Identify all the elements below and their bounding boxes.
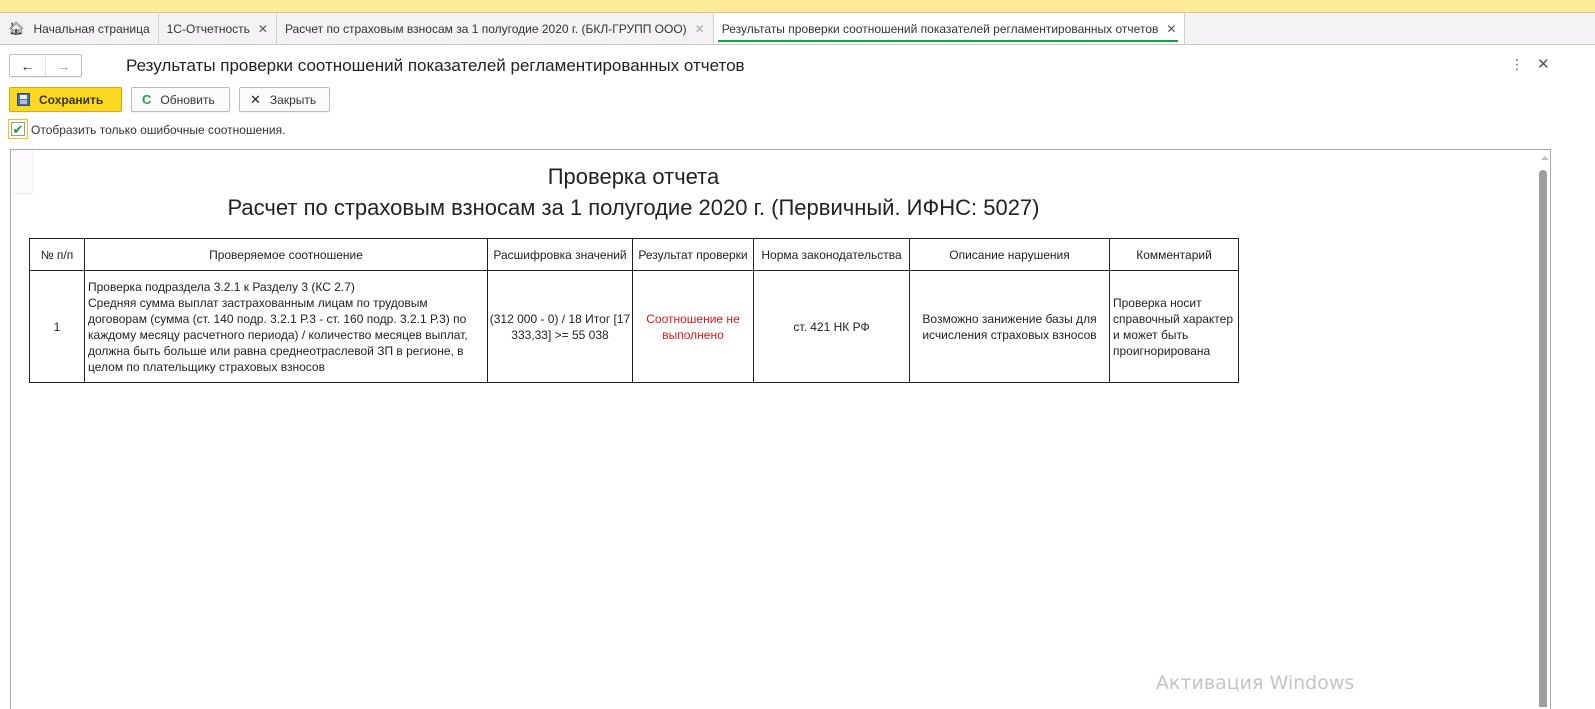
column-header-comment: Комментарий bbox=[1110, 239, 1239, 271]
tab-label: Начальная страница bbox=[34, 22, 150, 36]
tab-bar: 🏠︎ Начальная страница 1С-Отчетность ✕ Ра… bbox=[0, 13, 1595, 45]
row-relation: Проверка подраздела 3.2.1 к Разделу 3 (К… bbox=[85, 271, 488, 383]
row-law: ст. 421 НК РФ bbox=[754, 271, 910, 383]
relation-text: Средняя сумма выплат застрахованным лица… bbox=[88, 295, 484, 375]
column-header-violation: Описание нарушения bbox=[910, 239, 1110, 271]
close-label: Закрыть bbox=[270, 93, 316, 107]
close-button[interactable]: ✕ Закрыть bbox=[239, 87, 330, 112]
home-icon: 🏠︎ bbox=[8, 21, 25, 37]
tab-insurance-report[interactable]: Расчет по страховым взносам за 1 полугод… bbox=[277, 13, 714, 44]
tab-check-results[interactable]: Результаты проверки соотношений показате… bbox=[714, 13, 1186, 44]
column-header-law: Норма законодательства bbox=[754, 239, 910, 271]
refresh-icon: C bbox=[142, 92, 151, 107]
close-icon[interactable]: ✕ bbox=[258, 22, 268, 36]
column-header-number: № п/п bbox=[30, 239, 85, 271]
report-subtitle: Расчет по страховым взносам за 1 полугод… bbox=[11, 195, 1256, 221]
top-toolbar bbox=[0, 0, 1595, 13]
tab-home[interactable]: 🏠︎ Начальная страница bbox=[0, 13, 159, 44]
page-title: Результаты проверки соотношений показате… bbox=[126, 56, 745, 76]
close-icon[interactable]: ✕ bbox=[695, 22, 705, 36]
report-document: Проверка отчета Расчет по страховым взно… bbox=[10, 149, 1551, 707]
arrow-right-icon: → bbox=[57, 58, 71, 74]
results-table: № п/п Проверяемое соотношение Расшифровк… bbox=[29, 238, 1239, 383]
scroll-up-arrow-icon[interactable] bbox=[1541, 156, 1549, 160]
only-errors-label[interactable]: Отобразить только ошибочные соотношения. bbox=[31, 123, 285, 137]
scrollbar-thumb[interactable] bbox=[1539, 170, 1547, 707]
table-header-row: № п/п Проверяемое соотношение Расшифровк… bbox=[30, 239, 1239, 271]
more-options-icon[interactable]: ⋮ bbox=[1510, 56, 1524, 73]
row-comment: Проверка носит справочный характер и мож… bbox=[1110, 271, 1239, 383]
column-header-result: Результат проверки bbox=[633, 239, 754, 271]
row-result: Соотношение не выполнено bbox=[633, 271, 754, 383]
close-icon[interactable]: ✕ bbox=[1166, 22, 1176, 36]
save-label: Сохранить bbox=[39, 93, 103, 107]
only-errors-checkbox[interactable]: ✔ bbox=[8, 119, 28, 139]
refresh-button[interactable]: C Обновить bbox=[131, 87, 230, 112]
row-decoding: (312 000 - 0) / 18 Итог [17 333,33] >= 5… bbox=[488, 271, 633, 383]
table-row[interactable]: 1 Проверка подраздела 3.2.1 к Разделу 3 … bbox=[30, 271, 1239, 383]
report-title: Проверка отчета bbox=[11, 164, 1256, 190]
floppy-disk-icon bbox=[17, 93, 30, 106]
back-button[interactable]: ← bbox=[10, 55, 45, 76]
save-button[interactable]: Сохранить bbox=[9, 87, 122, 112]
tab-1c-reporting[interactable]: 1С-Отчетность ✕ bbox=[159, 13, 277, 44]
close-form-icon[interactable]: ✕ bbox=[1537, 55, 1550, 73]
tab-label: Результаты проверки соотношений показате… bbox=[722, 22, 1159, 36]
row-violation: Возможно занижение базы для исчисления с… bbox=[910, 271, 1110, 383]
tab-label: Расчет по страховым взносам за 1 полугод… bbox=[285, 22, 687, 36]
arrow-left-icon: ← bbox=[21, 58, 35, 74]
checkmark-icon: ✔ bbox=[11, 122, 25, 136]
refresh-label: Обновить bbox=[160, 93, 214, 107]
windows-activation-watermark: Активация Windows bbox=[1156, 672, 1354, 694]
row-number: 1 bbox=[30, 271, 85, 383]
relation-title: Проверка подраздела 3.2.1 к Разделу 3 (К… bbox=[88, 279, 484, 295]
close-icon: ✕ bbox=[250, 92, 261, 108]
column-header-relation: Проверяемое соотношение bbox=[85, 239, 488, 271]
tab-label: 1С-Отчетность bbox=[167, 22, 250, 36]
navigation-buttons: ← → bbox=[9, 54, 82, 77]
forward-button[interactable]: → bbox=[45, 55, 81, 76]
column-header-decoding: Расшифровка значений bbox=[488, 239, 633, 271]
